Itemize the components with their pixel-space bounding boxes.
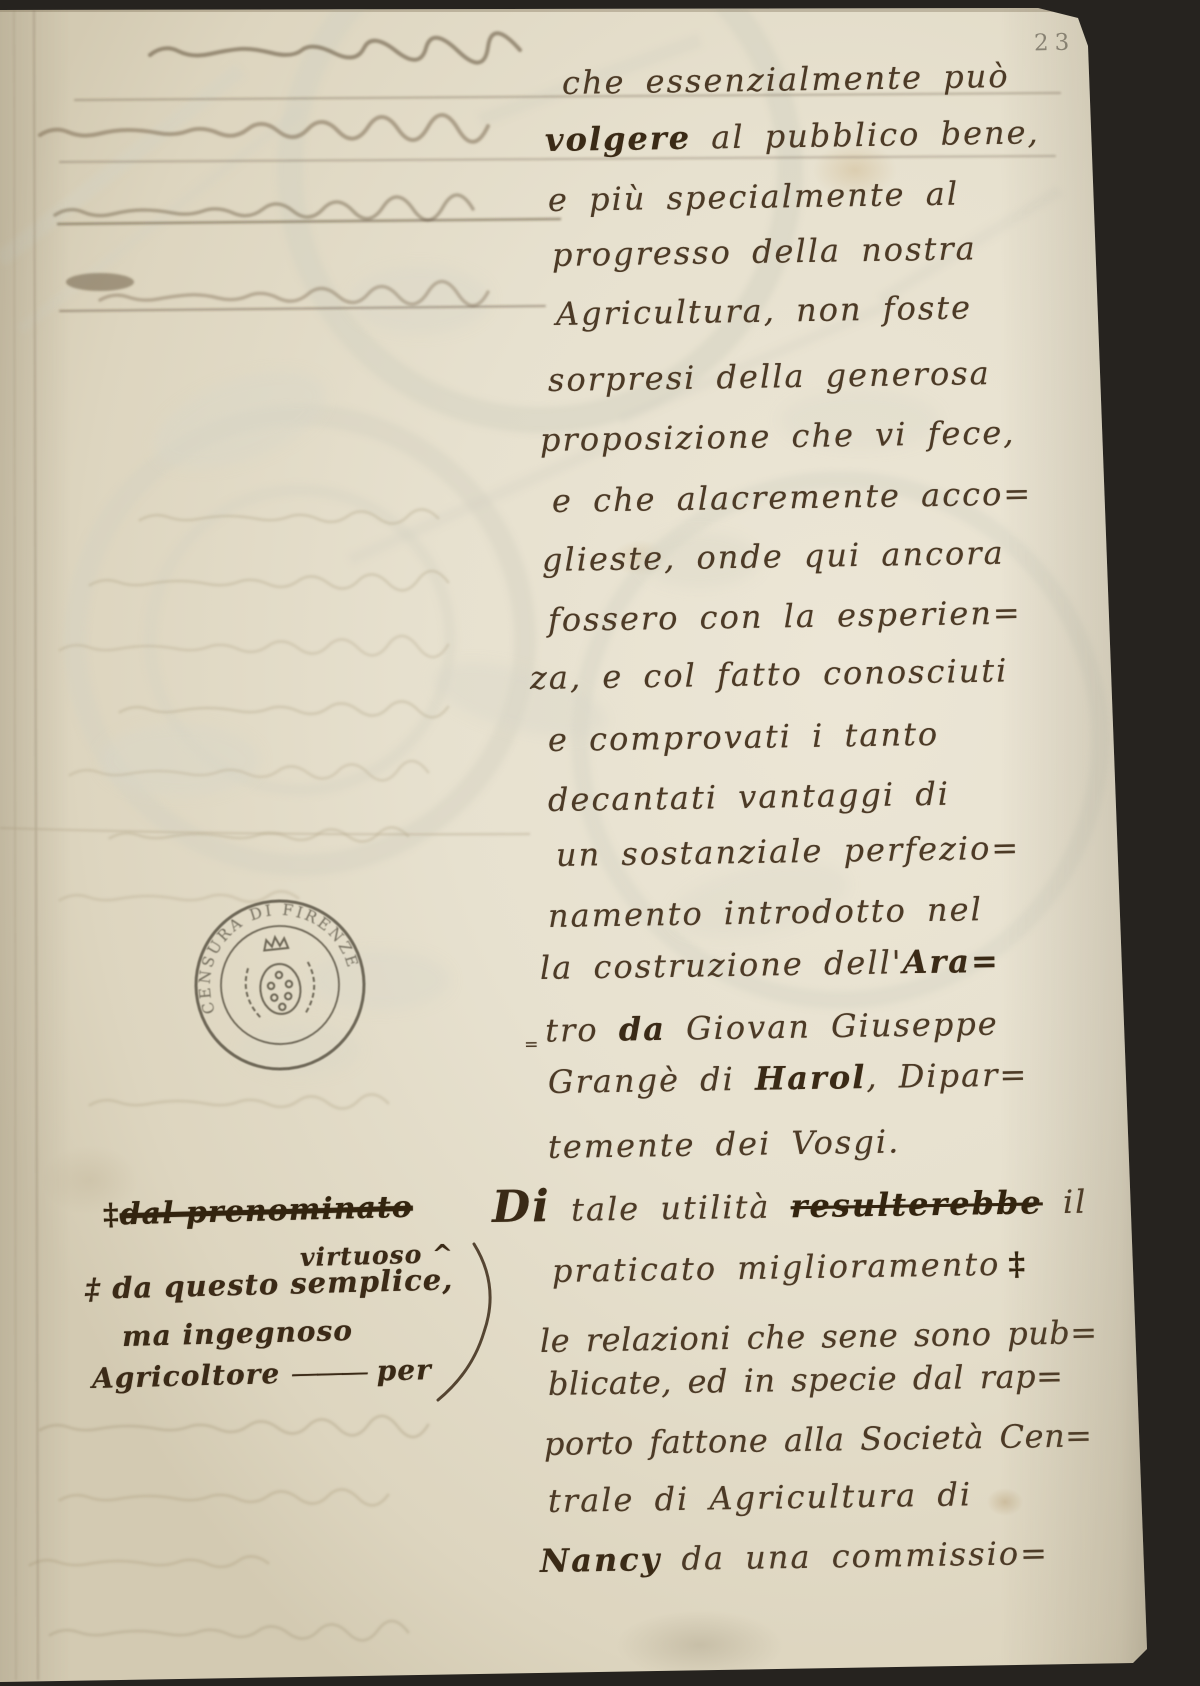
text-segment: = [524, 1035, 541, 1055]
text-segment: volgere [545, 119, 692, 159]
manuscript-line: e che alacremente acco= [552, 474, 1033, 520]
manuscript-line: =tro da Giovan Giuseppe [524, 1005, 999, 1055]
top-edge-shading [0, 8, 1085, 12]
text-segment: praticato miglioramento [552, 1245, 1001, 1290]
manuscript-line: namento introdotto nel [548, 890, 983, 935]
text-segment: Nancy [540, 1540, 662, 1580]
margin-brace-stroke [420, 1238, 500, 1408]
text-segment: resulterebbe [790, 1183, 1043, 1225]
manuscript-line: za, e col fatto conosciuti [530, 651, 1009, 697]
text-segment: ingegnoso [171, 1314, 353, 1352]
text-segment: ——— [290, 1355, 366, 1390]
margin-note: ma ingegnoso [122, 1314, 354, 1353]
text-segment: ma [122, 1319, 173, 1353]
manuscript-line: un sostanziale perfezio= [556, 829, 1021, 874]
manuscript-line: Agricultura, non foste [556, 288, 973, 333]
text-segment: tro [545, 1011, 619, 1050]
censor-stamp: CENSURA DI FIRENZE [192, 897, 368, 1073]
text-segment: Di [492, 1181, 552, 1233]
manuscript-line: Di tale utilità resulterebbe il [492, 1173, 1088, 1233]
bleedthrough-faint-lines [30, 509, 448, 1640]
manuscript-line: la costruzione dell'Ara= [540, 942, 1000, 987]
manuscript-line: sorpresi della generosa [548, 354, 991, 399]
manuscript-line: volgere al pubblico bene, [545, 113, 1040, 159]
manuscript-line: glieste, onde qui ancora [542, 534, 1005, 579]
text-segment: Giovan Giuseppe [666, 1005, 999, 1048]
manuscript-line: e più specialmente al [548, 175, 960, 219]
text-segment: la costruzione dell' [540, 943, 903, 987]
manuscript-line: Nancy da una commissio= [540, 1534, 1050, 1580]
manuscript-line: progresso della nostra [552, 229, 977, 274]
manuscript-line: proposizione che vi fece, [540, 414, 1016, 459]
text-segment: da una commissio= [661, 1534, 1049, 1578]
text-segment: , Dipar= [866, 1055, 1028, 1096]
text-segment: Agricoltore [92, 1357, 292, 1395]
stamp-coat-of-arms [241, 934, 317, 1019]
manuscript-line: temente dei Vosgi. [548, 1122, 901, 1166]
text-segment: ‡ [1008, 1245, 1027, 1283]
text-segment: il [1042, 1183, 1087, 1222]
manuscript-line: praticato miglioramento‡ [552, 1245, 1028, 1290]
manuscript-line: fossero con la esperien= [548, 594, 1022, 639]
text-segment: Ara= [902, 942, 1000, 982]
stamp-legend-text: CENSURA DI FIRENZE [192, 897, 366, 1017]
manuscript-line: blicate, ed in specie dal rap= [548, 1357, 1064, 1403]
text-segment: Harol [755, 1058, 867, 1098]
text-segment: da [618, 1010, 666, 1049]
manuscript-line: e comprovati i tanto [548, 715, 940, 759]
text-segment: al pubblico bene, [691, 113, 1040, 156]
stamp-inner-ring [215, 920, 345, 1050]
manuscript-line: Grangè di Harol, Dipar= [548, 1055, 1029, 1101]
stamp-outer-ring [192, 897, 368, 1073]
manuscript-line: decantati vantaggi di [548, 775, 951, 819]
text-segment: tale utilità [551, 1187, 791, 1229]
text-segment: ‡ [103, 1197, 121, 1232]
page-number: 23 [1034, 30, 1076, 57]
paper-sheet: 23 che essenzialmente può volgere al pub… [0, 0, 1200, 1686]
text-segment: Grangè di [548, 1060, 756, 1101]
scanned-manuscript-page: 23 che essenzialmente può volgere al pub… [0, 0, 1200, 1686]
manuscript-line: che essenzialmente può [562, 57, 1010, 102]
manuscript-line: trale di Agricultura di [548, 1475, 973, 1520]
